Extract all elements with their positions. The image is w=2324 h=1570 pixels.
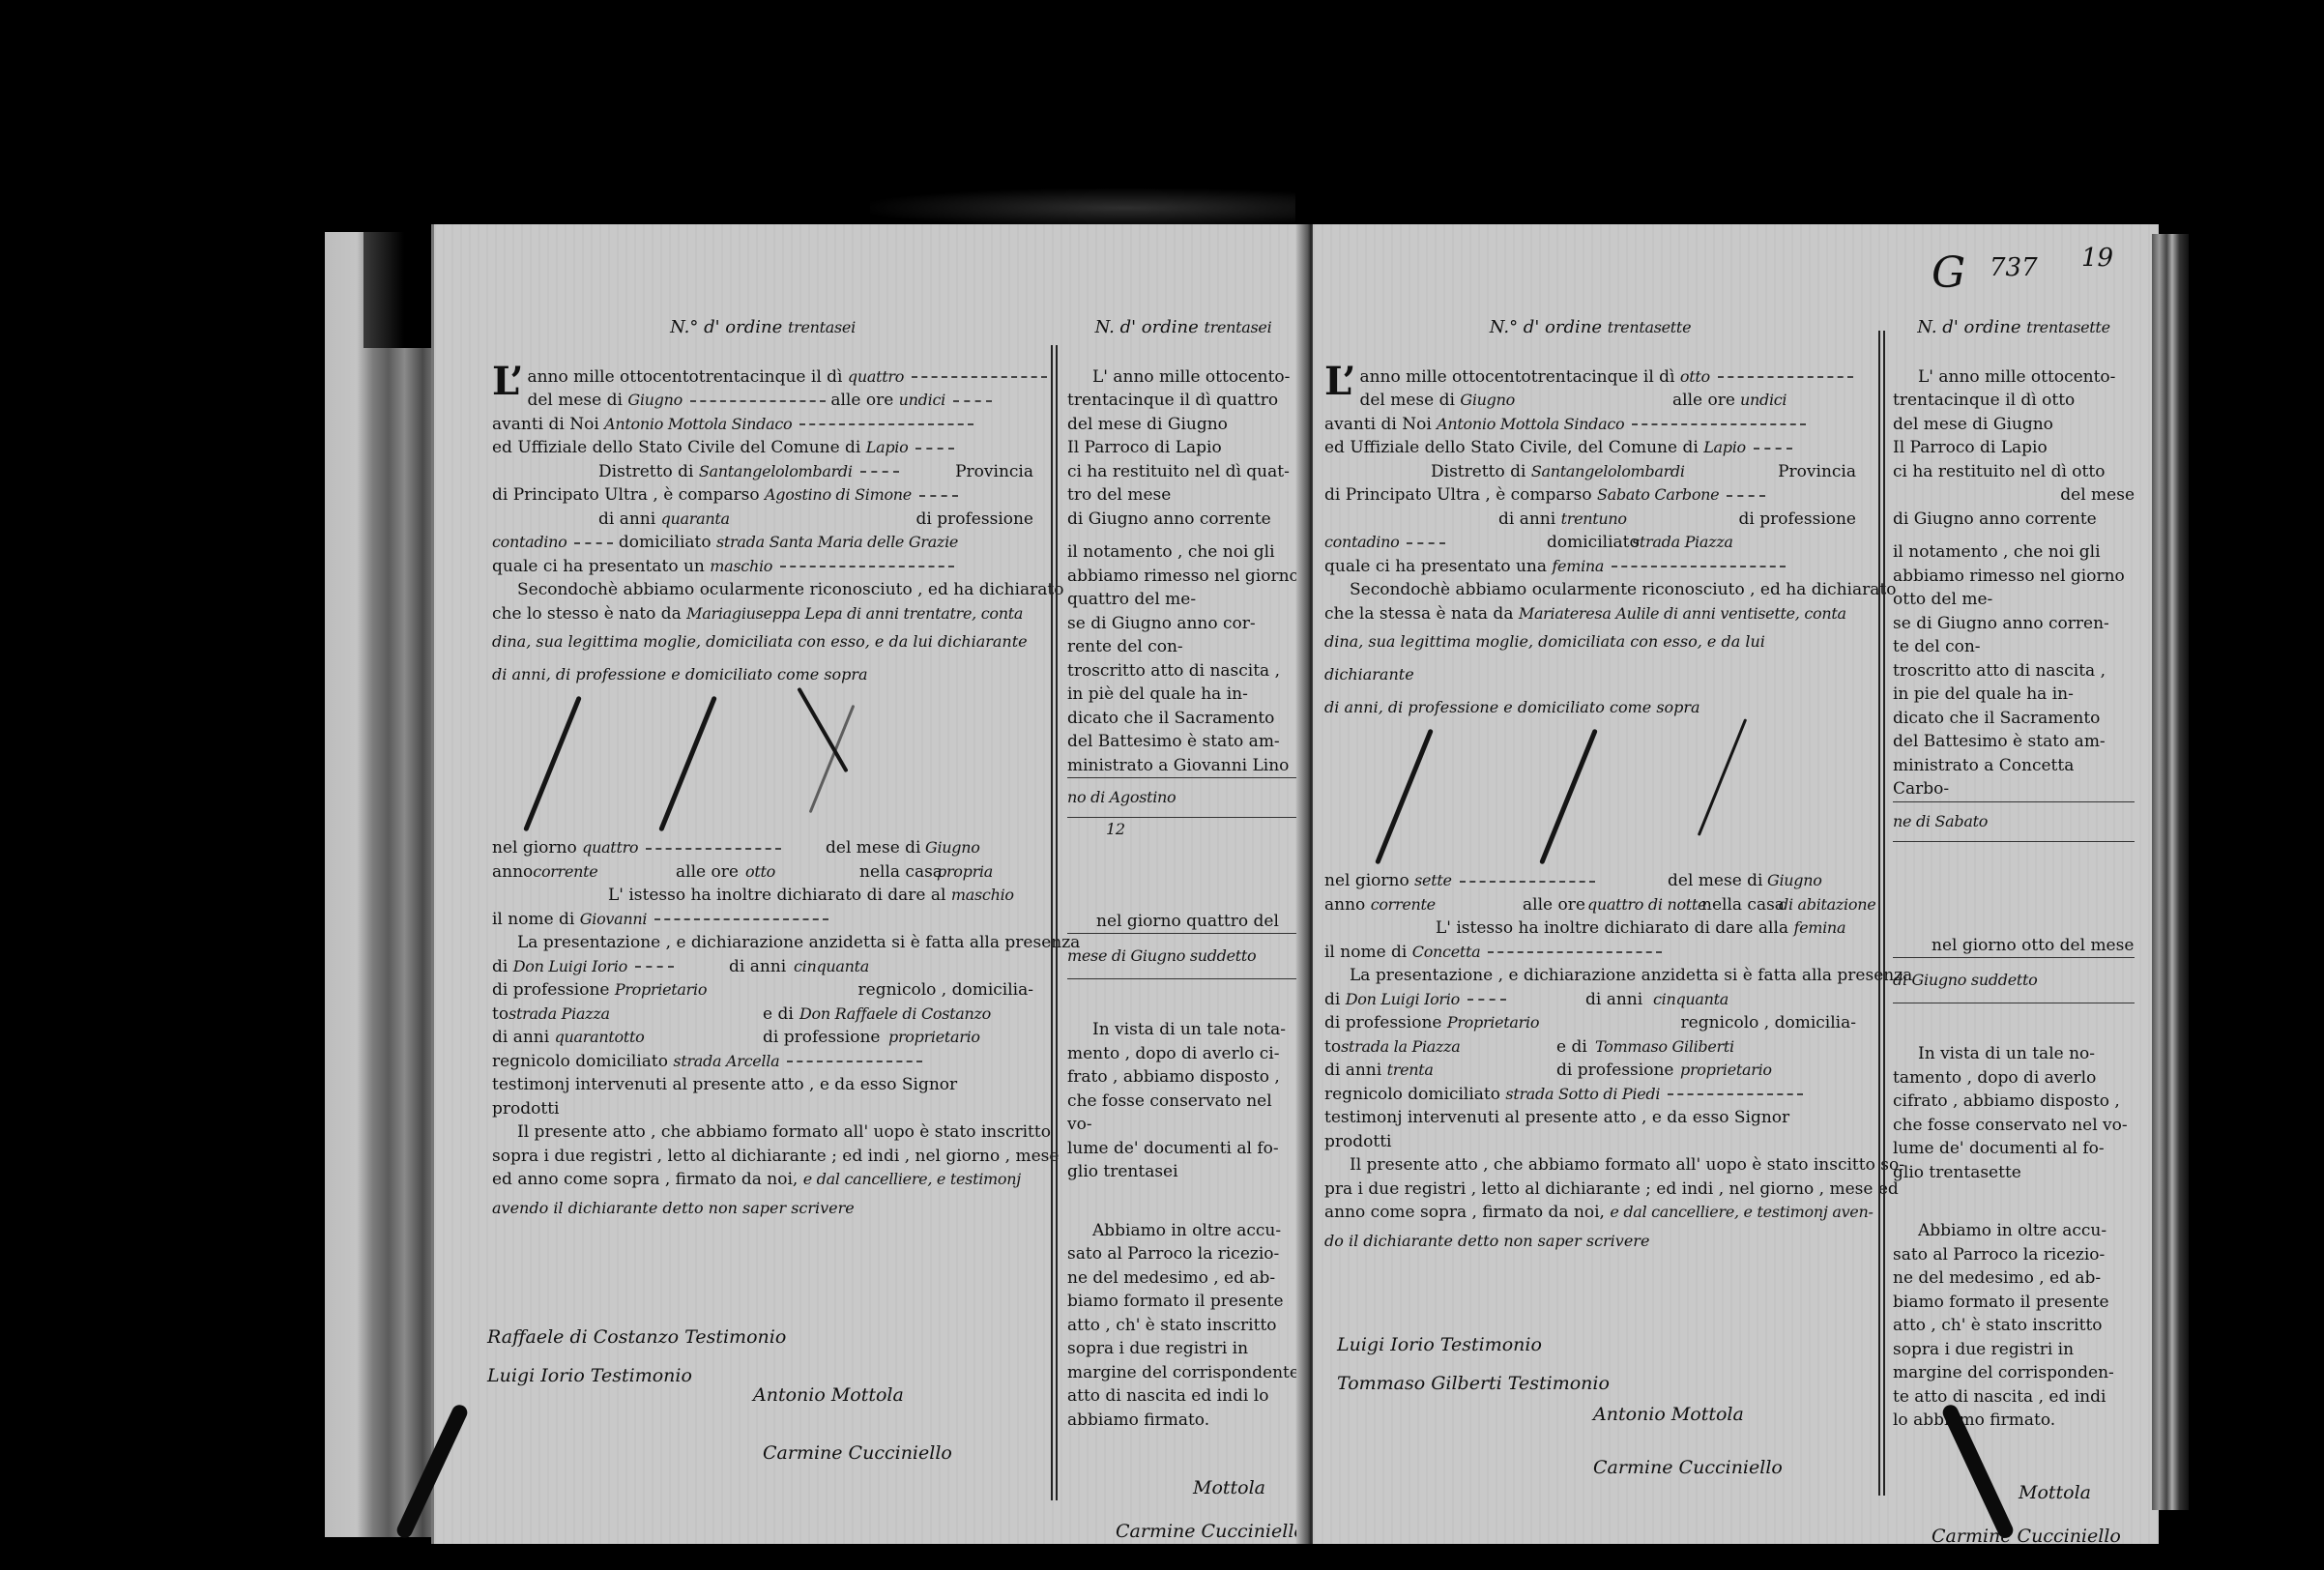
vista-paragraph: In vista di un tale no- tamento , dopo d…: [1893, 1042, 2135, 1184]
page-number: 737: [1990, 253, 2038, 282]
handwritten-line: dina, sua legittima moglie, domiciliata …: [1324, 625, 1856, 691]
record-line: di anni trenta di professione proprietar…: [1324, 1059, 1856, 1083]
birth-record-37: N.° d' ordine trentasette L’anno mille o…: [1324, 316, 1856, 1258]
record-line: pra i due registri , letto al dichiarant…: [1324, 1177, 1856, 1202]
vista-paragraph: In vista di un tale nota- mento , dopo d…: [1067, 1018, 1299, 1184]
record-line: avanti di Noi Antonio Mottola Sindaco: [492, 413, 1033, 437]
record-line: di professione Proprietario regnicolo , …: [492, 978, 1033, 1003]
page-mark-letter: G: [1932, 248, 1965, 298]
record-line: che la stessa è nata da Mariateresa Auli…: [1324, 602, 1856, 626]
record-line: del mese di Giugno alle ore undici: [1324, 389, 1856, 413]
record-line: La presentazione , e dichiarazione anzid…: [492, 931, 1033, 955]
record-line: contadino domiciliato strada Piazza: [1324, 531, 1856, 555]
record-line: tostrada la Piazza e di Tommaso Gilibert…: [1324, 1035, 1856, 1060]
record-line: di Principato Ultra , è comparso Agostin…: [492, 483, 1033, 508]
left-page: N.° d' ordine trentasei L’anno mille ott…: [431, 224, 1311, 1544]
baptism-name-cont: ne di Sabato: [1893, 802, 2135, 842]
counterfoil-text: L' anno mille ottocento- trentacinque il…: [1893, 365, 2135, 802]
right-page-edges: [2152, 234, 2189, 1510]
record-line: nel giorno quattro del mese di Giugno: [492, 836, 1033, 860]
record-line: che lo stesso è nato da Mariagiuseppa Le…: [492, 602, 1033, 626]
record-line: annocorrente alle ore otto nella casa pr…: [492, 860, 1033, 885]
record-line: del mese di Giugno alle ore undici: [492, 389, 1033, 413]
record-line: avanti di Noi Antonio Mottola Sindaco: [1324, 413, 1856, 437]
handwritten-line: di anni, di professione e domiciliato co…: [1324, 691, 1856, 724]
record-line: ed anno come sopra , firmato da noi, e d…: [492, 1168, 1033, 1192]
counterfoil-text: L' anno mille ottocento- trentacinque il…: [1067, 365, 1299, 779]
handwritten-closing: avendo il dichiarante detto non saper sc…: [492, 1192, 1033, 1225]
record-line: ed Uffiziale dello Stato Civile del Comu…: [492, 436, 1033, 460]
record-line: Il presente atto , che abbiamo formato a…: [1324, 1153, 1856, 1177]
record-line: il nome di Giovanni: [492, 908, 1033, 932]
top-edge-stain: [870, 189, 1295, 227]
abbiamo-paragraph: Abbiamo in oltre accu- sato al Parroco l…: [1067, 1219, 1299, 1433]
counterfoil-signature-sindaco: Mottola: [2019, 1481, 2091, 1505]
counterfoil-37: N. d' ordine trentasette L' anno mille o…: [1893, 316, 2135, 1433]
record-line: di anni quaranta di professione: [492, 508, 1033, 532]
margin-mark: 12: [1067, 818, 1299, 842]
delivery-date-cont: di Giugno suddetto: [1893, 958, 2135, 1003]
counterfoil-number-heading: N. d' ordine trentasei: [1067, 316, 1299, 340]
counterfoil-signature-cancelliere: Carmine Cucciniello: [1116, 1520, 1305, 1544]
record-line: L’anno mille ottocentotrentacinque il dì…: [492, 365, 1033, 390]
record-number-value: trentasette: [1608, 318, 1692, 336]
record-line: sopra i due registri , letto al dichiara…: [492, 1145, 1033, 1169]
abbiamo-paragraph: Abbiamo in oltre accu- sato al Parroco l…: [1893, 1219, 2135, 1433]
record-line: testimonj intervenuti al presente atto ,…: [1324, 1106, 1856, 1130]
record-number-heading: N.° d' ordine trentasette: [1324, 316, 1856, 340]
birth-record-36: N.° d' ordine trentasei L’anno mille ott…: [492, 316, 1033, 1225]
record-line: regnicolo domiciliato strada Arcella: [492, 1050, 1033, 1074]
cancellation-strokes: [1324, 724, 1856, 869]
left-page-edges: [325, 232, 431, 1537]
record-number-heading: N.° d' ordine trentasei: [492, 316, 1033, 340]
record-line: contadino domiciliato strada Santa Maria…: [492, 531, 1033, 555]
record-line: di Principato Ultra , è comparso Sabato …: [1324, 483, 1856, 508]
record-line: La presentazione , e dichiarazione anzid…: [1324, 964, 1856, 988]
baptism-name-cont: no di Agostino: [1067, 778, 1299, 818]
signature-cancelliere: Carmine Cucciniello: [1593, 1457, 1783, 1478]
record-line: di Don Luigi Iorio di anni cinquanta: [1324, 988, 1856, 1012]
right-page: G 737 19 N.° d' ordine trentasette L’ann…: [1313, 224, 2159, 1544]
record-line: di anni quarantotto di professione propr…: [492, 1026, 1033, 1050]
record-line: anno corrente alle ore quattro di notte …: [1324, 893, 1856, 917]
record-line: prodotti: [1324, 1130, 1856, 1154]
record-line: ed Uffiziale dello Stato Civile, del Com…: [1324, 436, 1856, 460]
record-line: prodotti: [492, 1097, 1033, 1121]
cancellation-strokes: [492, 691, 1033, 836]
record-line: Distretto di Santangelolombardi Provinci…: [1324, 460, 1856, 484]
handwritten-closing: do il dichiarante detto non saper scrive…: [1324, 1225, 1856, 1258]
record-line: Il presente atto , che abbiamo formato a…: [492, 1120, 1033, 1145]
record-line: L' istesso ha inoltre dichiarato di dare…: [492, 884, 1033, 908]
record-line: regnicolo domiciliato strada Sotto di Pi…: [1324, 1083, 1856, 1107]
folio-number: 19: [2081, 244, 2113, 273]
counterfoil-number-heading: N. d' ordine trentasette: [1893, 316, 2135, 340]
record-line: quale ci ha presentato un maschio: [492, 555, 1033, 579]
record-line: testimonj intervenuti al presente atto ,…: [492, 1073, 1033, 1097]
record-line: quale ci ha presentato una femina: [1324, 555, 1856, 579]
record-line: Secondochè abbiamo ocularmente riconosci…: [1324, 578, 1856, 602]
record-line: L’anno mille ottocentotrentacinque il dì…: [1324, 365, 1856, 390]
delivery-date-cont: mese di Giugno suddetto: [1067, 934, 1299, 979]
record-line: tostrada Piazza e di Don Raffaele di Cos…: [492, 1003, 1033, 1027]
signature-sindaco: Antonio Mottola: [753, 1384, 904, 1406]
record-line: Secondochè abbiamo ocularmente riconosci…: [492, 578, 1033, 602]
counterfoil-signature-sindaco: Mottola: [1193, 1476, 1265, 1500]
open-register-book: N.° d' ordine trentasei L’anno mille ott…: [325, 224, 2200, 1544]
record-line: il nome di Concetta: [1324, 941, 1856, 965]
signature-witness-1: Luigi Iorio Testimonio: [1337, 1334, 1542, 1355]
record-line: di professione Proprietario regnicolo , …: [1324, 1011, 1856, 1035]
column-divider: [1051, 345, 1058, 1500]
signature-witness-2: Tommaso Gilberti Testimonio: [1337, 1373, 1610, 1394]
counterfoil-signature-cancelliere: Carmine Cucciniello: [1932, 1525, 2121, 1549]
signature-witness-1: Raffaele di Costanzo Testimonio: [487, 1326, 786, 1348]
record-line: nel giorno sette del mese di Giugno: [1324, 869, 1856, 893]
counterfoil-36: N. d' ordine trentasei L' anno mille ott…: [1067, 316, 1299, 1432]
record-line: di anni trentuno di professione: [1324, 508, 1856, 532]
column-divider: [1878, 331, 1885, 1496]
delivery-date: nel giorno quattro del: [1067, 910, 1299, 935]
signature-sindaco: Antonio Mottola: [1593, 1404, 1744, 1425]
record-line: Distretto di Santangelolombardi Provinci…: [492, 460, 1033, 484]
record-line: L' istesso ha inoltre dichiarato di dare…: [1324, 916, 1856, 941]
handwritten-line: dina, sua legittima moglie, domiciliata …: [492, 625, 1033, 658]
handwritten-line: di anni, di professione e domiciliato co…: [492, 658, 1033, 691]
record-number-value: trentasei: [788, 318, 856, 336]
signature-cancelliere: Carmine Cucciniello: [763, 1442, 952, 1464]
record-line: anno come sopra , firmato da noi, e dal …: [1324, 1201, 1856, 1225]
signature-witness-2: Luigi Iorio Testimonio: [487, 1365, 692, 1386]
record-line: di Don Luigi Iorio di anni cinquanta: [492, 955, 1033, 979]
delivery-date: nel giorno otto del mese: [1893, 934, 2135, 959]
